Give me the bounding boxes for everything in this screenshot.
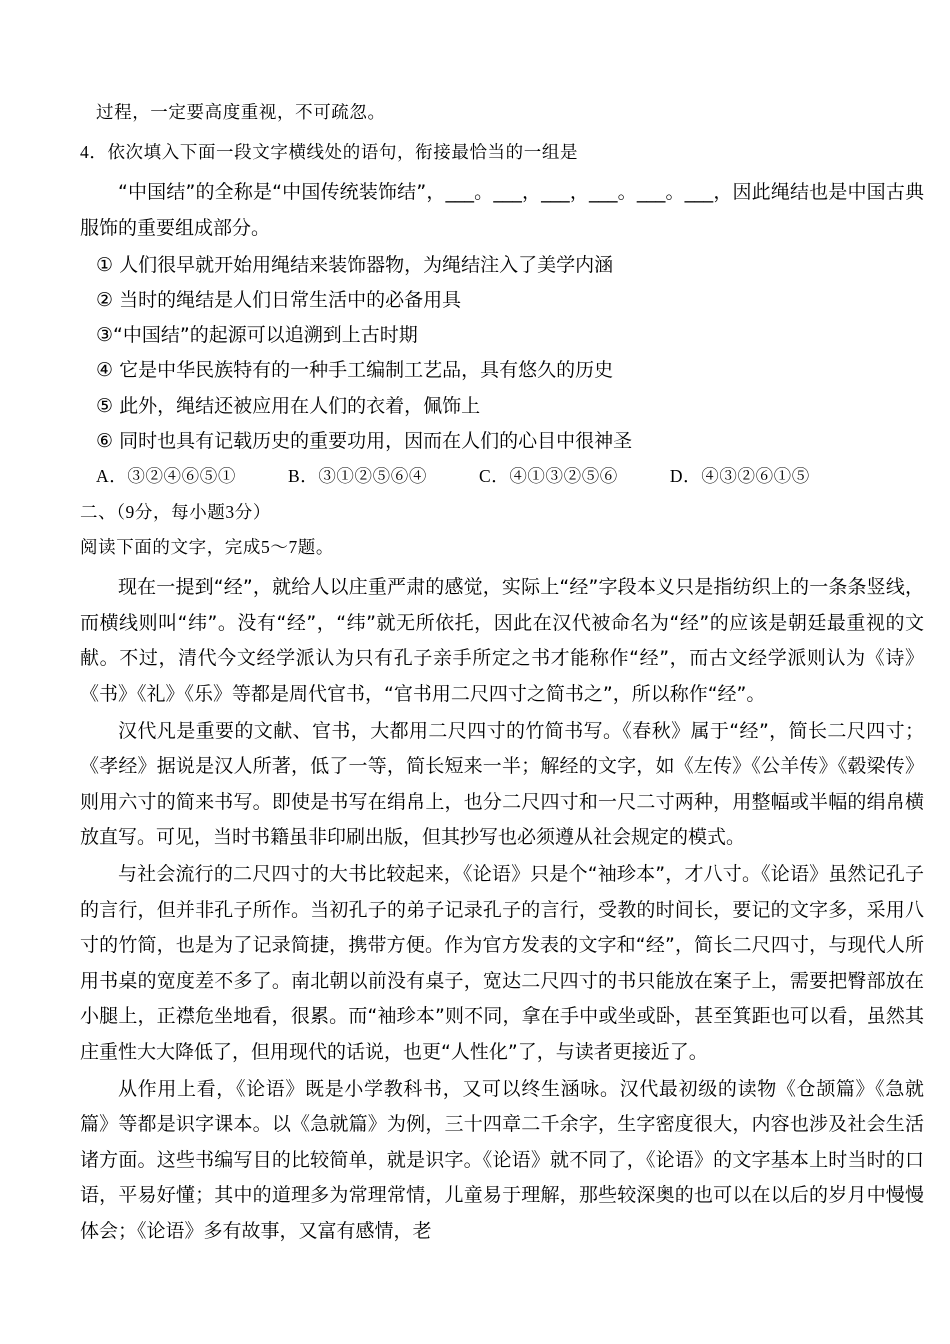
option-d-value: ④③②⑥①⑤ <box>701 466 810 486</box>
option-d-label: D． <box>670 466 701 486</box>
question-4-items: ① 人们很早就开始用绳结来装饰器物，为绳结注入了美学内涵 ② 当时的绳结是人们日… <box>80 248 924 460</box>
question-4-header: 4．依次填入下面一段文字横线处的语句，衔接最恰当的一组是 <box>80 135 924 171</box>
q4-item-5: ⑤ 此外，绳结还被应用在人们的衣着，佩饰上 <box>80 389 924 424</box>
q4-item-2: ② 当时的绳结是人们日常生活中的必备用具 <box>80 283 924 318</box>
q4-item-3: ③“中国结”的起源可以追溯到上古时期 <box>80 318 924 353</box>
reading-instruction: 阅读下面的文字，完成5～7题。 <box>80 530 924 566</box>
option-b-value: ③①②⑤⑥④ <box>318 466 427 486</box>
option-a: A．③②④⑥⑤① <box>96 459 236 495</box>
option-a-label: A． <box>96 466 127 486</box>
reading-paragraph-2: 汉代凡是重要的文献、官书，大都用二尺四寸的竹简书写。《春秋》属于“经”，简长二尺… <box>80 714 924 856</box>
q4-item-1: ① 人们很早就开始用绳结来装饰器物，为绳结注入了美学内涵 <box>80 248 924 283</box>
question-4-passage: “中国结”的全称是“中国传统装饰结”，___。___，___，___。___。_… <box>80 175 924 246</box>
reading-paragraph-3: 与社会流行的二尺四寸的大书比较起来，《论语》只是个“袖珍本”，才八寸。《论语》虽… <box>80 857 924 1070</box>
q4-options-row: A．③②④⑥⑤① B．③①②⑤⑥④ C．④①③②⑤⑥ D．④③②⑥①⑤ <box>80 459 924 495</box>
option-d: D．④③②⑥①⑤ <box>670 459 810 495</box>
q4-item-4: ④ 它是中华民族特有的一种手工编制工艺品，具有悠久的历史 <box>80 353 924 388</box>
option-c: C．④①③②⑤⑥ <box>479 459 618 495</box>
reading-paragraph-4: 从作用上看，《论语》既是小学教科书，又可以终生涵咏。汉代最初级的读物《仓颉篇》《… <box>80 1072 924 1250</box>
option-a-value: ③②④⑥⑤① <box>127 466 236 486</box>
option-b: B．③①②⑤⑥④ <box>288 459 427 495</box>
intro-line: 过程，一定要高度重视，不可疏忽。 <box>80 95 924 131</box>
exam-page: 过程，一定要高度重视，不可疏忽。 4．依次填入下面一段文字横线处的语句，衔接最恰… <box>0 0 950 1344</box>
section-2-header: 二、（9分，每小题3分） <box>80 495 924 531</box>
reading-paragraph-1: 现在一提到“经”，就给人以庄重严肃的感觉，实际上“经”字段本义只是指纺织上的一条… <box>80 570 924 712</box>
q4-item-6: ⑥ 同时也具有记载历史的重要功用，因而在人们的心目中很神圣 <box>80 424 924 459</box>
option-c-label: C． <box>479 466 509 486</box>
option-b-label: B． <box>288 466 318 486</box>
option-c-value: ④①③②⑤⑥ <box>509 466 618 486</box>
